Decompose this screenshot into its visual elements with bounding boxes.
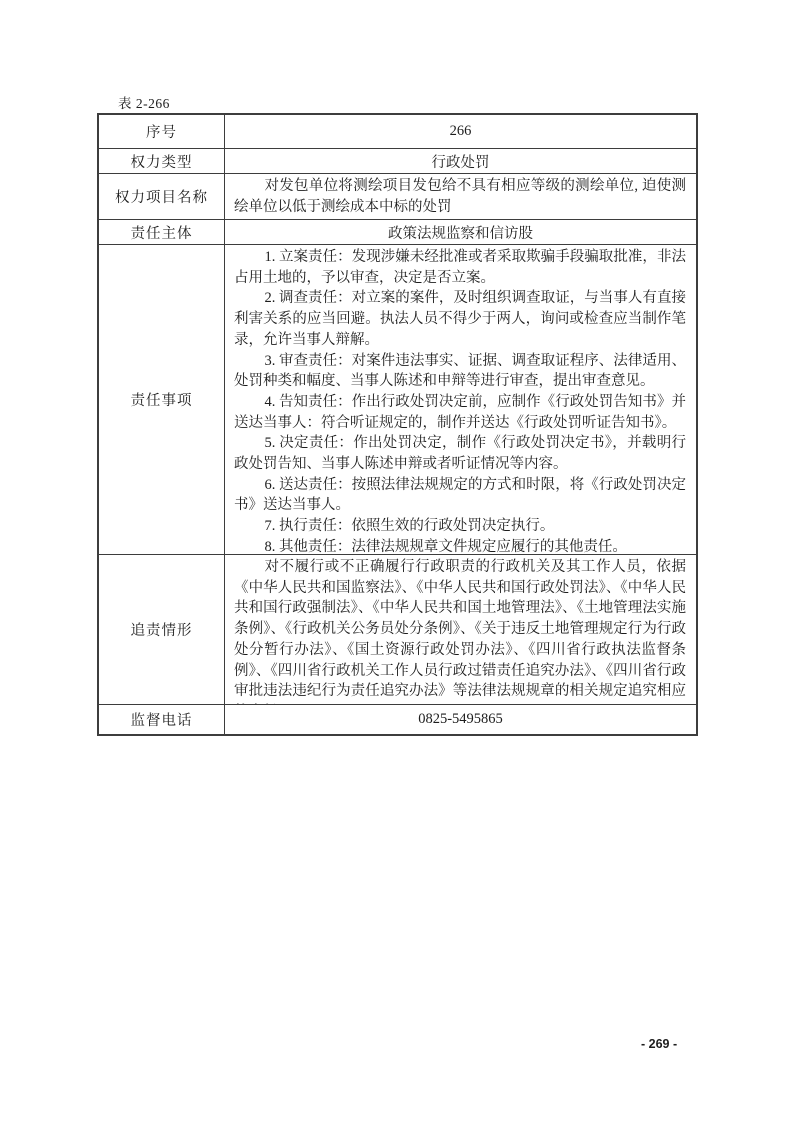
row-value: 0825-5495865 bbox=[225, 705, 696, 734]
paragraph: 对发包单位将测绘项目发包给不具有相应等级的测绘单位, 迫使测绘单位以低于测绘成本… bbox=[234, 176, 686, 218]
paragraph: 2. 调查责任：对立案的案件，及时组织调查取证，与当事人有直接利害关系的应当回避… bbox=[234, 288, 686, 350]
paragraph: 8. 其他责任：法律法规规章文件规定应履行的其他责任。 bbox=[234, 537, 686, 554]
row-label: 责任主体 bbox=[99, 220, 225, 244]
table-row-responsible-body: 责任主体 政策法规监察和信访股 bbox=[99, 219, 696, 244]
table-row-accountability-situations: 追责情形 对不履行或不正确履行行政职责的行政机关及其工作人员，依据《中华人民共和… bbox=[99, 554, 696, 704]
row-value: 1. 立案责任：发现涉嫌未经批准或者采取欺骗手段骗取批准，非法占用土地的，予以审… bbox=[225, 245, 696, 554]
table-row-responsibility-items: 责任事项 1. 立案责任：发现涉嫌未经批准或者采取欺骗手段骗取批准，非法占用土地… bbox=[99, 244, 696, 554]
row-label: 权力类型 bbox=[99, 149, 225, 173]
row-value: 对不履行或不正确履行行政职责的行政机关及其工作人员，依据《中华人民共和国监察法》… bbox=[225, 555, 696, 704]
row-label: 责任事项 bbox=[99, 245, 225, 554]
table-row-power-item-name: 权力项目名称 对发包单位将测绘项目发包给不具有相应等级的测绘单位, 迫使测绘单位… bbox=[99, 173, 696, 219]
paragraph: 5. 决定责任：作出处罚决定，制作《行政处罚决定书》，并载明行政处罚告知、当事人… bbox=[234, 433, 686, 474]
table-row-power-type: 权力类型 行政处罚 bbox=[99, 148, 696, 173]
table-row-serial-number: 序号 266 bbox=[99, 115, 696, 148]
paragraph: 1. 立案责任：发现涉嫌未经批准或者采取欺骗手段骗取批准，非法占用土地的，予以审… bbox=[234, 247, 686, 288]
row-value: 对发包单位将测绘项目发包给不具有相应等级的测绘单位, 迫使测绘单位以低于测绘成本… bbox=[225, 174, 696, 219]
paragraph: 3. 审查责任：对案件违法事实、证据、调查取证程序、法律适用、处罚种类和幅度、当… bbox=[234, 351, 686, 392]
row-label: 追责情形 bbox=[99, 555, 225, 704]
table-caption: 表 2-266 bbox=[118, 92, 170, 112]
paragraph: 6. 送达责任：按照法律法规规定的方式和时限，将《行政处罚决定书》送达当事人。 bbox=[234, 475, 686, 516]
paragraph: 对不履行或不正确履行行政职责的行政机关及其工作人员，依据《中华人民共和国监察法》… bbox=[234, 557, 686, 704]
table-row-supervision-phone: 监督电话 0825-5495865 bbox=[99, 704, 696, 734]
row-value: 政策法规监察和信访股 bbox=[225, 220, 696, 244]
paragraph: 4. 告知责任：作出行政处罚决定前，应制作《行政处罚告知书》并送达当事人：符合听… bbox=[234, 392, 686, 433]
paragraph: 7. 执行责任：依照生效的行政处罚决定执行。 bbox=[234, 516, 686, 537]
page-number: - 269 - bbox=[641, 1037, 677, 1051]
row-value: 266 bbox=[225, 115, 696, 148]
row-value: 行政处罚 bbox=[225, 149, 696, 173]
row-label: 监督电话 bbox=[99, 705, 225, 734]
document-page: { "colors": { "background": "#ffffff", "… bbox=[0, 0, 793, 1122]
power-duty-table: 序号 266 权力类型 行政处罚 权力项目名称 对发包单位将测绘项目发包给不具有… bbox=[97, 113, 698, 736]
row-label: 序号 bbox=[99, 115, 225, 148]
row-label: 权力项目名称 bbox=[99, 174, 225, 219]
